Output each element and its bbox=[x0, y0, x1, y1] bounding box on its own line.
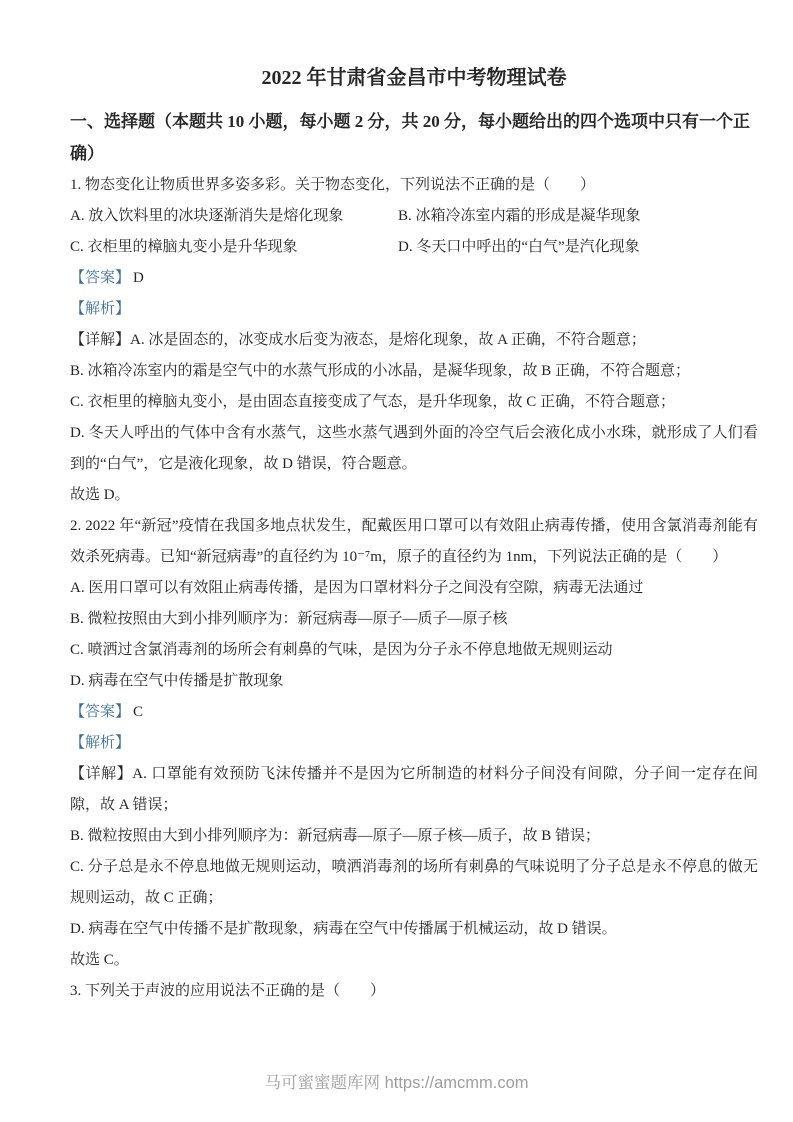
q1-option-a: A. 放入饮料里的冰块逐渐消失是熔化现象 bbox=[70, 201, 398, 232]
q1-detail-a: 【详解】A. 冰是固态的，冰变成水后变为液态，是熔化现象，故 A 正确，不符合题… bbox=[70, 325, 758, 356]
q1-detail-c: C. 衣柜里的樟脑丸变小，是由固态直接变成了气态，是升华现象，故 C 正确，不符… bbox=[70, 387, 758, 418]
q2-option-a: A. 医用口罩可以有效阻止病毒传播，是因为口罩材料分子之间没有空隙，病毒无法通过 bbox=[70, 573, 758, 604]
q1-option-c: C. 衣柜里的樟脑丸变小是升华现象 bbox=[70, 232, 398, 263]
page-title: 2022 年甘肃省金昌市中考物理试卷 bbox=[70, 63, 758, 93]
q1-option-d: D. 冬天口中呼出的“白气”是汽化现象 bbox=[398, 232, 758, 263]
q2-option-c: C. 喷洒过含氯消毒剂的场所会有刺鼻的气味，是因为分子永不停息地做无规则运动 bbox=[70, 635, 758, 666]
exam-page: 2022 年甘肃省金昌市中考物理试卷 一、选择题（本题共 10 小题，每小题 2… bbox=[70, 0, 758, 1007]
q2-stem: 2. 2022 年“新冠”疫情在我国多地点状发生，配戴医用口罩可以有效阻止病毒传… bbox=[70, 511, 758, 573]
q2-detail-b: B. 微粒按照由大到小排列顺序为：新冠病毒—原子—原子核—质子，故 B 错误； bbox=[70, 821, 758, 852]
q1-answer-line: 【答案】D bbox=[70, 263, 758, 294]
q1-options-row-1: A. 放入饮料里的冰块逐渐消失是熔化现象 B. 冰箱冷冻室内霜的形成是凝华现象 bbox=[70, 201, 758, 232]
q2-analysis-label: 【解析】 bbox=[70, 735, 130, 751]
q2-conclusion: 故选 C。 bbox=[70, 945, 758, 976]
q1-answer-label: 【答案】 bbox=[70, 270, 130, 286]
q2-analysis-line: 【解析】 bbox=[70, 728, 758, 759]
q1-answer-value: D bbox=[133, 270, 144, 286]
q1-detail-b: B. 冰箱冷冻室内的霜是空气中的水蒸气形成的小冰晶，是凝华现象，故 B 正确，不… bbox=[70, 356, 758, 387]
q2-detail-c: C. 分子总是永不停息地做无规则运动，喷洒消毒剂的场所有刺鼻的气味说明了分子总是… bbox=[70, 852, 758, 914]
q1-option-b: B. 冰箱冷冻室内霜的形成是凝华现象 bbox=[398, 201, 758, 232]
page-footer: 马可蜜蜜题库网 https://amcmm.com bbox=[0, 1072, 793, 1094]
section-heading: 一、选择题（本题共 10 小题，每小题 2 分，共 20 分，每小题给出的四个选… bbox=[70, 106, 758, 170]
q2-option-b: B. 微粒按照由大到小排列顺序为：新冠病毒—原子—质子—原子核 bbox=[70, 604, 758, 635]
q2-detail-a: 【详解】A. 口罩能有效预防飞沫传播并不是因为它所制造的材料分子间没有间隙，分子… bbox=[70, 759, 758, 821]
q3-stem: 3. 下列关于声波的应用说法不正确的是（ ） bbox=[70, 976, 758, 1007]
q1-analysis-line: 【解析】 bbox=[70, 294, 758, 325]
q2-answer-label: 【答案】 bbox=[70, 704, 130, 720]
watermark-text: 马可蜜蜜题库网 https://amcmm.com bbox=[264, 1074, 528, 1092]
q1-stem: 1. 物态变化让物质世界多姿多彩。关于物态变化，下列说法不正确的是（ ） bbox=[70, 170, 758, 201]
q2-answer-line: 【答案】C bbox=[70, 697, 758, 728]
q2-answer-value: C bbox=[133, 704, 143, 720]
q1-detail-d: D. 冬天人呼出的气体中含有水蒸气，这些水蒸气遇到外面的冷空气后会液化成小水珠，… bbox=[70, 418, 758, 480]
q2-option-d: D. 病毒在空气中传播是扩散现象 bbox=[70, 666, 758, 697]
q1-conclusion: 故选 D。 bbox=[70, 480, 758, 511]
q1-options-row-2: C. 衣柜里的樟脑丸变小是升华现象 D. 冬天口中呼出的“白气”是汽化现象 bbox=[70, 232, 758, 263]
q1-analysis-label: 【解析】 bbox=[70, 301, 130, 317]
q2-detail-d: D. 病毒在空气中传播不是扩散现象，病毒在空气中传播属于机械运动，故 D 错误。 bbox=[70, 914, 758, 945]
